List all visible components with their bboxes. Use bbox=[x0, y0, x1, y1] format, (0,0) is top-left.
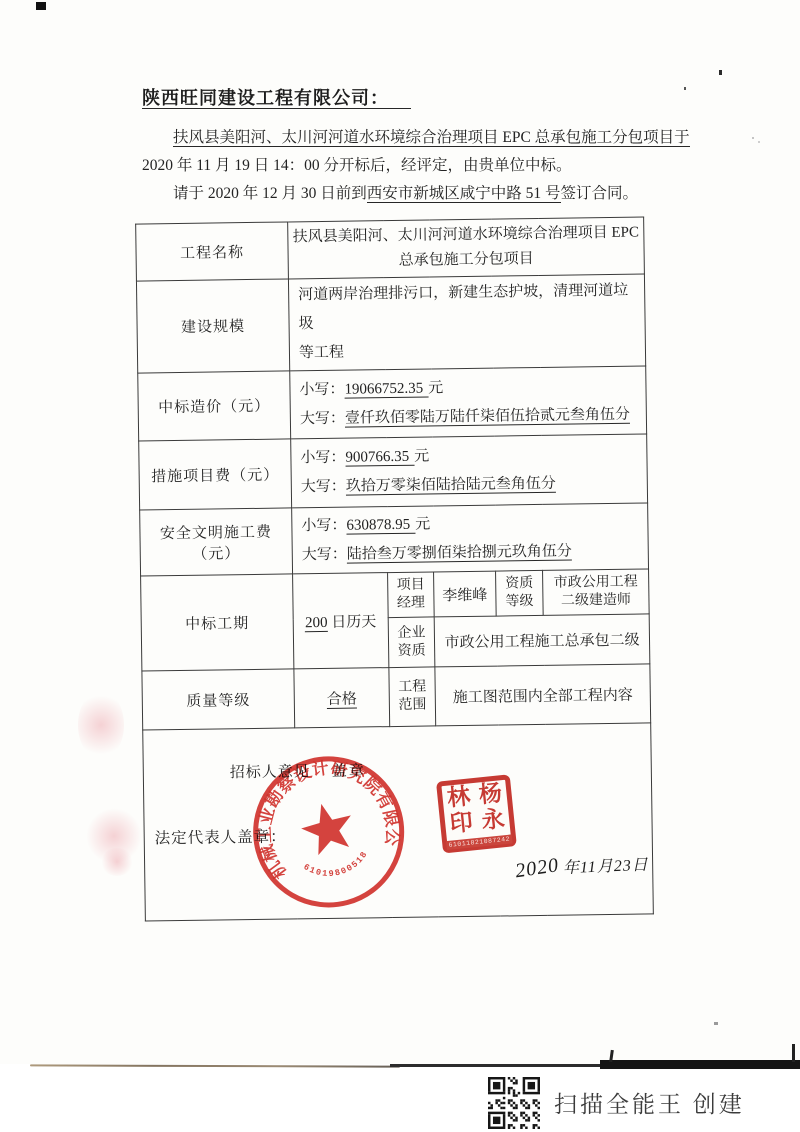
name-seal-char: 林 bbox=[441, 783, 475, 812]
cell-qualification-label: 资质等级 bbox=[496, 570, 544, 616]
seal-star-icon bbox=[296, 797, 358, 857]
cell-duration-value: 200 日历天 bbox=[293, 573, 389, 669]
handwritten-date: 2020 年11月23日 bbox=[515, 852, 649, 881]
name-seal-char: 印 bbox=[444, 808, 478, 837]
paper-edge bbox=[30, 1064, 400, 1067]
cell-bid-price-label: 中标造价（元） bbox=[138, 371, 291, 441]
measure-fee-words: 玖拾万零柒佰陆拾陆元叁角伍分 bbox=[346, 476, 556, 496]
cell-measure-fee-label: 措施项目费（元） bbox=[139, 439, 292, 510]
cell-safety-fee-value: 小写：630878.95元 大写：陆拾叁万零捌佰柒拾捌元玖角伍分 bbox=[292, 503, 649, 574]
paragraph-line-2: 2020 年 11 月 19 日 14：00 分开标后，经评定，由贵单位中标。 bbox=[142, 152, 742, 180]
bid-details-table: 工程名称 扶风县美阳河、太川河河道水环境综合治理项目 EPC 总承包施工分包项目… bbox=[135, 216, 653, 921]
cell-quality-value: 合格 bbox=[294, 668, 390, 728]
recipient-title: 陕西旺同建设工程有限公司： bbox=[142, 84, 411, 110]
sign-address-underlined: 西安市新城区咸宁中路 51 号 bbox=[367, 185, 561, 203]
safety-fee-words: 陆拾叁万零捌佰柒拾捌元玖角伍分 bbox=[347, 543, 572, 563]
sign-notice-suffix: 签订合同。 bbox=[561, 185, 639, 202]
ink-smudge bbox=[100, 848, 134, 876]
scan-speck bbox=[714, 1022, 718, 1025]
cell-safety-fee-label: 安全文明施工费（元） bbox=[140, 508, 293, 576]
project-title-underlined: 扶风县美阳河、太川河河道水环境综合治理项目 EPC 总承包施工分包项目于 bbox=[173, 129, 690, 147]
cell-signature-area: 招标人意见 盖章 法定代表人盖章： 机械工业勘察设计研究院有限公司 bbox=[143, 723, 654, 921]
paragraph-line-1: 扶风县美阳河、太川河河道水环境综合治理项目 EPC 总承包施工分包项目于 bbox=[142, 124, 742, 152]
name-seal-serial: 61011821087242 bbox=[446, 834, 513, 850]
name-seal: 林 杨 印 永 61011821087242 bbox=[436, 774, 517, 853]
scan-speck bbox=[684, 87, 686, 90]
letter-body: 扶风县美阳河、太川河河道水环境综合治理项目 EPC 总承包施工分包项目于 202… bbox=[142, 124, 742, 208]
recipient-name: 陕西旺同建设工程有限公司： bbox=[142, 88, 411, 109]
cell-scope-value: 施工图范围内全部工程内容 bbox=[435, 664, 651, 726]
name-seal-char: 永 bbox=[476, 805, 510, 834]
paragraph-line-3: 请于 2020 年 12 月 30 日前到西安市新城区咸宁中路 51 号签订合同… bbox=[142, 180, 742, 208]
scan-speck bbox=[758, 141, 760, 143]
cell-enterprise-qual-value: 市政公用工程施工总承包二级 bbox=[434, 614, 650, 667]
qr-code bbox=[488, 1076, 540, 1130]
scan-speck bbox=[36, 2, 46, 10]
paper-edge bbox=[600, 1060, 800, 1069]
cell-duration-label: 中标工期 bbox=[141, 574, 294, 671]
sign-notice-prefix: 请于 2020 年 12 月 30 日前到 bbox=[173, 185, 367, 202]
scanned-paper: 陕西旺同建设工程有限公司： 扶风县美阳河、太川河河道水环境综合治理项目 EPC … bbox=[0, 0, 800, 1064]
cell-scope-label: 工程范围 bbox=[389, 667, 436, 727]
cell-quality-label: 质量等级 bbox=[142, 669, 295, 730]
scan-speck bbox=[752, 137, 754, 139]
cell-qualification-value: 市政公用工程 二级建造师 bbox=[543, 569, 650, 615]
paper-edge-tick bbox=[792, 1044, 795, 1062]
name-seal-char: 杨 bbox=[473, 780, 507, 809]
safety-fee-number: 630878.95 bbox=[346, 516, 415, 534]
cell-pm-label: 项目经理 bbox=[388, 572, 435, 618]
cell-pm-name: 李维峰 bbox=[434, 571, 497, 617]
measure-fee-number: 900766.35 bbox=[345, 449, 414, 467]
bid-price-number: 19066752.35 bbox=[344, 380, 428, 398]
scanner-watermark-text: 扫描全能王 创建 bbox=[554, 1086, 745, 1119]
ink-smudge bbox=[78, 690, 124, 760]
scan-speck bbox=[719, 70, 722, 75]
cell-scale-label: 建设规模 bbox=[136, 279, 289, 373]
cell-measure-fee-value: 小写：900766.35元 大写：玖拾万零柒佰陆拾陆元叁角伍分 bbox=[291, 434, 648, 508]
cell-scale-value: 河道两岸治理排污口，新建生态护坡，清理河道垃圾 等工程 bbox=[288, 274, 645, 371]
paper-edge bbox=[390, 1064, 620, 1067]
bid-price-words: 壹仟玖佰零陆万陆仟柒佰伍拾贰元叁角伍分 bbox=[345, 406, 630, 427]
cell-project-name-value: 扶风县美阳河、太川河河道水环境综合治理项目 EPC 总承包施工分包项目 bbox=[288, 217, 645, 279]
cell-bid-price-value: 小写：19066752.35元 大写：壹仟玖佰零陆万陆仟柒佰伍拾贰元叁角伍分 bbox=[290, 366, 647, 439]
cell-enterprise-qual-label: 企业资质 bbox=[388, 617, 435, 668]
cell-project-name-label: 工程名称 bbox=[136, 222, 289, 281]
